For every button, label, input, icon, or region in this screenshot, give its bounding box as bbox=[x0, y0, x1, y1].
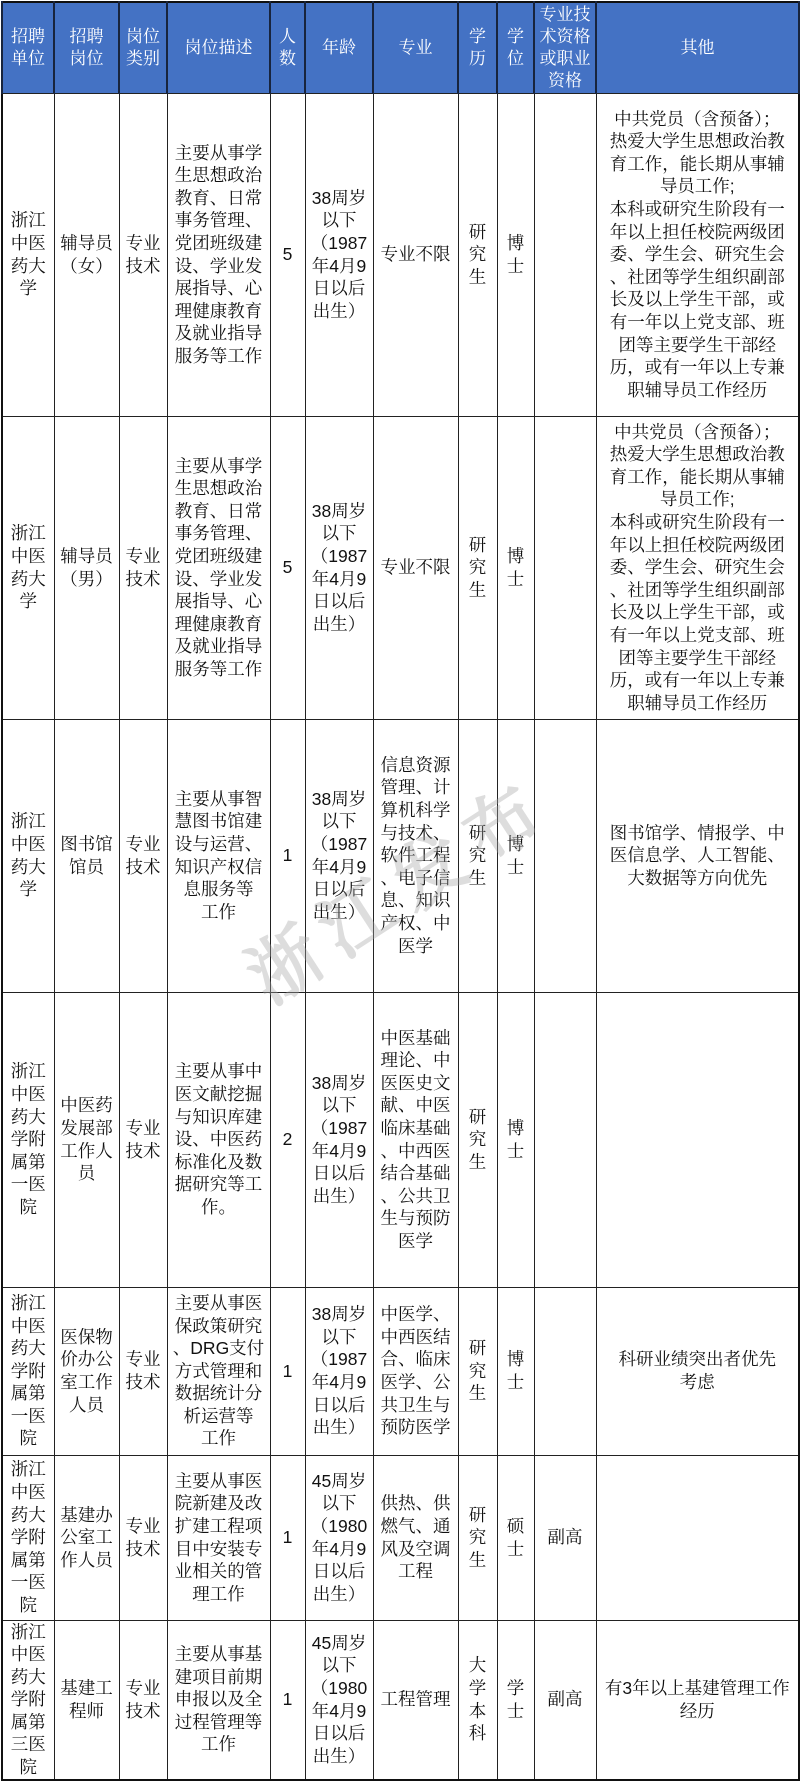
cell-count: 1 bbox=[270, 1287, 305, 1455]
cell-major: 中医学、 中西医结 合、临床 医学、公 共卫生与 预防医学 bbox=[373, 1287, 458, 1455]
cell-other: 中共党员（含预备）； 热爱大学生思想政治教 育工作，能长期从事辅 导员工作; 本… bbox=[596, 93, 799, 416]
cell-degree: 博 士 bbox=[497, 416, 534, 719]
cell-degree: 硕 士 bbox=[497, 1455, 534, 1620]
cell-unit: 浙江 中医 药大 学 bbox=[2, 93, 54, 416]
cell-position: 基建工 程师 bbox=[54, 1620, 119, 1780]
header-qualification: 专业技 术资格 或职业 资格 bbox=[534, 2, 596, 93]
cell-other: 科研业绩突出者优先 考虑 bbox=[596, 1287, 799, 1455]
cell-other bbox=[596, 1455, 799, 1620]
cell-other bbox=[596, 992, 799, 1287]
cell-description: 主要从事智 慧图书馆建 设与运营、 知识产权信 息服务等 工作 bbox=[167, 719, 270, 992]
header-education: 学 历 bbox=[458, 2, 497, 93]
cell-major: 供热、供 燃气、通 风及空调 工程 bbox=[373, 1455, 458, 1620]
header-other: 其他 bbox=[596, 2, 799, 93]
cell-major: 中医基础 理论、中 医医史文 献、中医 临床基础 、中西医 结合基础 、公共卫 … bbox=[373, 992, 458, 1287]
cell-age: 45周岁 以下 （1980 年4月9 日以后 出生） bbox=[305, 1455, 373, 1620]
table-row: 浙江 中医 药大 学 辅导员 （女） 专业 技术 主要从事学 生思想政治 教育、… bbox=[2, 93, 799, 416]
cell-qualification bbox=[534, 416, 596, 719]
cell-other: 中共党员（含预备）； 热爱大学生思想政治教 育工作，能长期从事辅 导员工作; 本… bbox=[596, 416, 799, 719]
cell-count: 1 bbox=[270, 1620, 305, 1780]
header-position: 招聘 岗位 bbox=[54, 2, 119, 93]
cell-count: 5 bbox=[270, 416, 305, 719]
cell-position: 辅导员 （男） bbox=[54, 416, 119, 719]
cell-position: 中医药 发展部 工作人 员 bbox=[54, 992, 119, 1287]
header-age: 年龄 bbox=[305, 2, 373, 93]
cell-unit: 浙江 中医 药大 学附 属第 一医 院 bbox=[2, 992, 54, 1287]
cell-description: 主要从事基 建项目前期 申报以及全 过程管理等 工作 bbox=[167, 1620, 270, 1780]
header-category: 岗位 类别 bbox=[119, 2, 167, 93]
cell-category: 专业 技术 bbox=[119, 1287, 167, 1455]
cell-position: 医保物 价办公 室工作 人员 bbox=[54, 1287, 119, 1455]
cell-other: 有3年以上基建管理工作 经历 bbox=[596, 1620, 799, 1780]
cell-age: 38周岁 以下 （1987 年4月9 日以后 出生） bbox=[305, 93, 373, 416]
cell-description: 主要从事医 院新建及改 扩建工程项 目中安装专 业相关的管 理工作 bbox=[167, 1455, 270, 1620]
cell-education: 研 究 生 bbox=[458, 1287, 497, 1455]
cell-major: 工程管理 bbox=[373, 1620, 458, 1780]
recruitment-table: 招聘 单位 招聘 岗位 岗位 类别 岗位描述 人 数 年龄 专业 学 历 学 位… bbox=[1, 1, 800, 1781]
cell-degree: 博 士 bbox=[497, 719, 534, 992]
cell-count: 1 bbox=[270, 1455, 305, 1620]
cell-qualification: 副高 bbox=[534, 1620, 596, 1780]
cell-education: 研 究 生 bbox=[458, 719, 497, 992]
cell-major: 专业不限 bbox=[373, 93, 458, 416]
header-row: 招聘 单位 招聘 岗位 岗位 类别 岗位描述 人 数 年龄 专业 学 历 学 位… bbox=[2, 2, 799, 93]
cell-age: 38周岁 以下 （1987 年4月9 日以后 出生） bbox=[305, 992, 373, 1287]
cell-degree: 博 士 bbox=[497, 93, 534, 416]
header-degree: 学 位 bbox=[497, 2, 534, 93]
cell-education: 研 究 生 bbox=[458, 992, 497, 1287]
cell-major: 专业不限 bbox=[373, 416, 458, 719]
cell-description: 主要从事学 生思想政治 教育、日常 事务管理、 党团班级建 设、学业发 展指导、… bbox=[167, 416, 270, 719]
cell-degree: 博 士 bbox=[497, 1287, 534, 1455]
cell-category: 专业 技术 bbox=[119, 93, 167, 416]
cell-description: 主要从事医 保政策研究 、DRG支付 方式管理和 数据统计分 析运营等 工作 bbox=[167, 1287, 270, 1455]
cell-education: 大 学 本 科 bbox=[458, 1620, 497, 1780]
table-row: 浙江 中医 药大 学附 属第 三医 院 基建工 程师 专业 技术 主要从事基 建… bbox=[2, 1620, 799, 1780]
cell-unit: 浙江 中医 药大 学附 属第 一医 院 bbox=[2, 1287, 54, 1455]
cell-unit: 浙江 中医 药大 学附 属第 一医 院 bbox=[2, 1455, 54, 1620]
cell-qualification: 副高 bbox=[534, 1455, 596, 1620]
cell-qualification bbox=[534, 719, 596, 992]
cell-description: 主要从事中 医文献挖掘 与知识库建 设、中医药 标准化及数 据研究等工 作。 bbox=[167, 992, 270, 1287]
cell-category: 专业 技术 bbox=[119, 416, 167, 719]
cell-description: 主要从事学 生思想政治 教育、日常 事务管理、 党团班级建 设、学业发 展指导、… bbox=[167, 93, 270, 416]
cell-degree: 学 士 bbox=[497, 1620, 534, 1780]
cell-other: 图书馆学、情报学、中 医信息学、人工智能、 大数据等方向优先 bbox=[596, 719, 799, 992]
table-row: 浙江 中医 药大 学附 属第 一医 院 医保物 价办公 室工作 人员 专业 技术… bbox=[2, 1287, 799, 1455]
cell-education: 研 究 生 bbox=[458, 416, 497, 719]
cell-qualification bbox=[534, 93, 596, 416]
cell-age: 45周岁 以下 （1980 年4月9 日以后 出生） bbox=[305, 1620, 373, 1780]
header-count: 人 数 bbox=[270, 2, 305, 93]
cell-qualification bbox=[534, 992, 596, 1287]
cell-category: 专业 技术 bbox=[119, 1620, 167, 1780]
cell-education: 研 究 生 bbox=[458, 93, 497, 416]
cell-category: 专业 技术 bbox=[119, 1455, 167, 1620]
header-major: 专业 bbox=[373, 2, 458, 93]
table-row: 浙江 中医 药大 学附 属第 一医 院 基建办 公室工 作人员 专业 技术 主要… bbox=[2, 1455, 799, 1620]
cell-count: 1 bbox=[270, 719, 305, 992]
table-row: 浙江 中医 药大 学 辅导员 （男） 专业 技术 主要从事学 生思想政治 教育、… bbox=[2, 416, 799, 719]
cell-age: 38周岁 以下 （1987 年4月9 日以后 出生） bbox=[305, 719, 373, 992]
cell-qualification bbox=[534, 1287, 596, 1455]
cell-position: 基建办 公室工 作人员 bbox=[54, 1455, 119, 1620]
cell-category: 专业 技术 bbox=[119, 992, 167, 1287]
cell-category: 专业 技术 bbox=[119, 719, 167, 992]
table-row: 浙江 中医 药大 学 图书馆 馆员 专业 技术 主要从事智 慧图书馆建 设与运营… bbox=[2, 719, 799, 992]
cell-age: 38周岁 以下 （1987 年4月9 日以后 出生） bbox=[305, 1287, 373, 1455]
cell-count: 2 bbox=[270, 992, 305, 1287]
header-description: 岗位描述 bbox=[167, 2, 270, 93]
cell-unit: 浙江 中医 药大 学附 属第 三医 院 bbox=[2, 1620, 54, 1780]
cell-degree: 博 士 bbox=[497, 992, 534, 1287]
cell-major: 信息资源 管理、计 算机科学 与技术、 软件工程 、电子信 息、知识 产权、中 … bbox=[373, 719, 458, 992]
cell-position: 辅导员 （女） bbox=[54, 93, 119, 416]
cell-count: 5 bbox=[270, 93, 305, 416]
cell-age: 38周岁 以下 （1987 年4月9 日以后 出生） bbox=[305, 416, 373, 719]
table-row: 浙江 中医 药大 学附 属第 一医 院 中医药 发展部 工作人 员 专业 技术 … bbox=[2, 992, 799, 1287]
cell-education: 研 究 生 bbox=[458, 1455, 497, 1620]
header-unit: 招聘 单位 bbox=[2, 2, 54, 93]
cell-unit: 浙江 中医 药大 学 bbox=[2, 416, 54, 719]
cell-position: 图书馆 馆员 bbox=[54, 719, 119, 992]
cell-unit: 浙江 中医 药大 学 bbox=[2, 719, 54, 992]
